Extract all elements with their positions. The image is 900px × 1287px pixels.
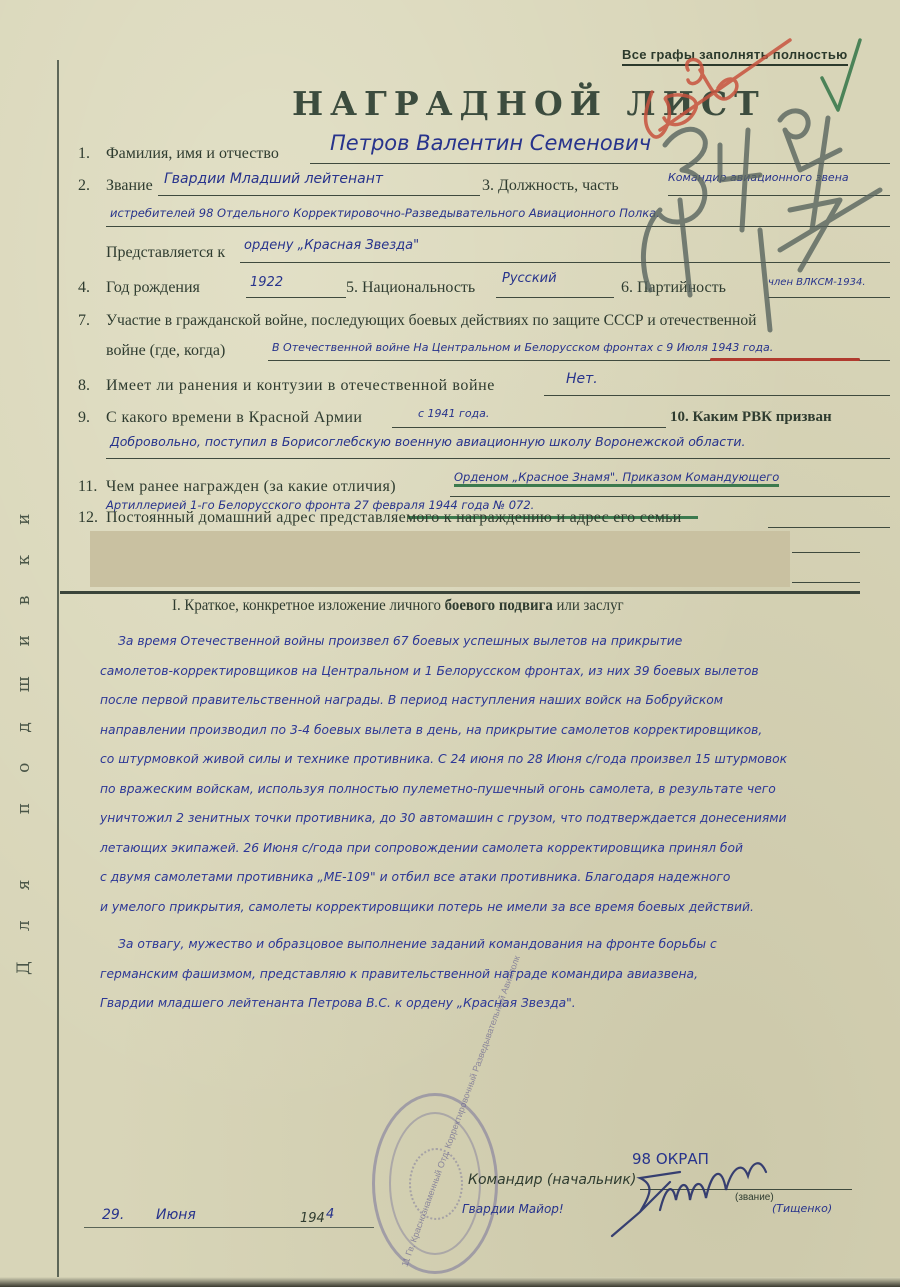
- paper-bottom-edge: [0, 1277, 900, 1287]
- graphite-pencil-number-icon: [643, 111, 880, 330]
- pencil-annotations: [0, 0, 900, 1287]
- green-checkmark-icon: [822, 40, 860, 110]
- commander-signature-icon: [612, 1163, 766, 1236]
- red-pencil-mark-icon: [646, 40, 790, 137]
